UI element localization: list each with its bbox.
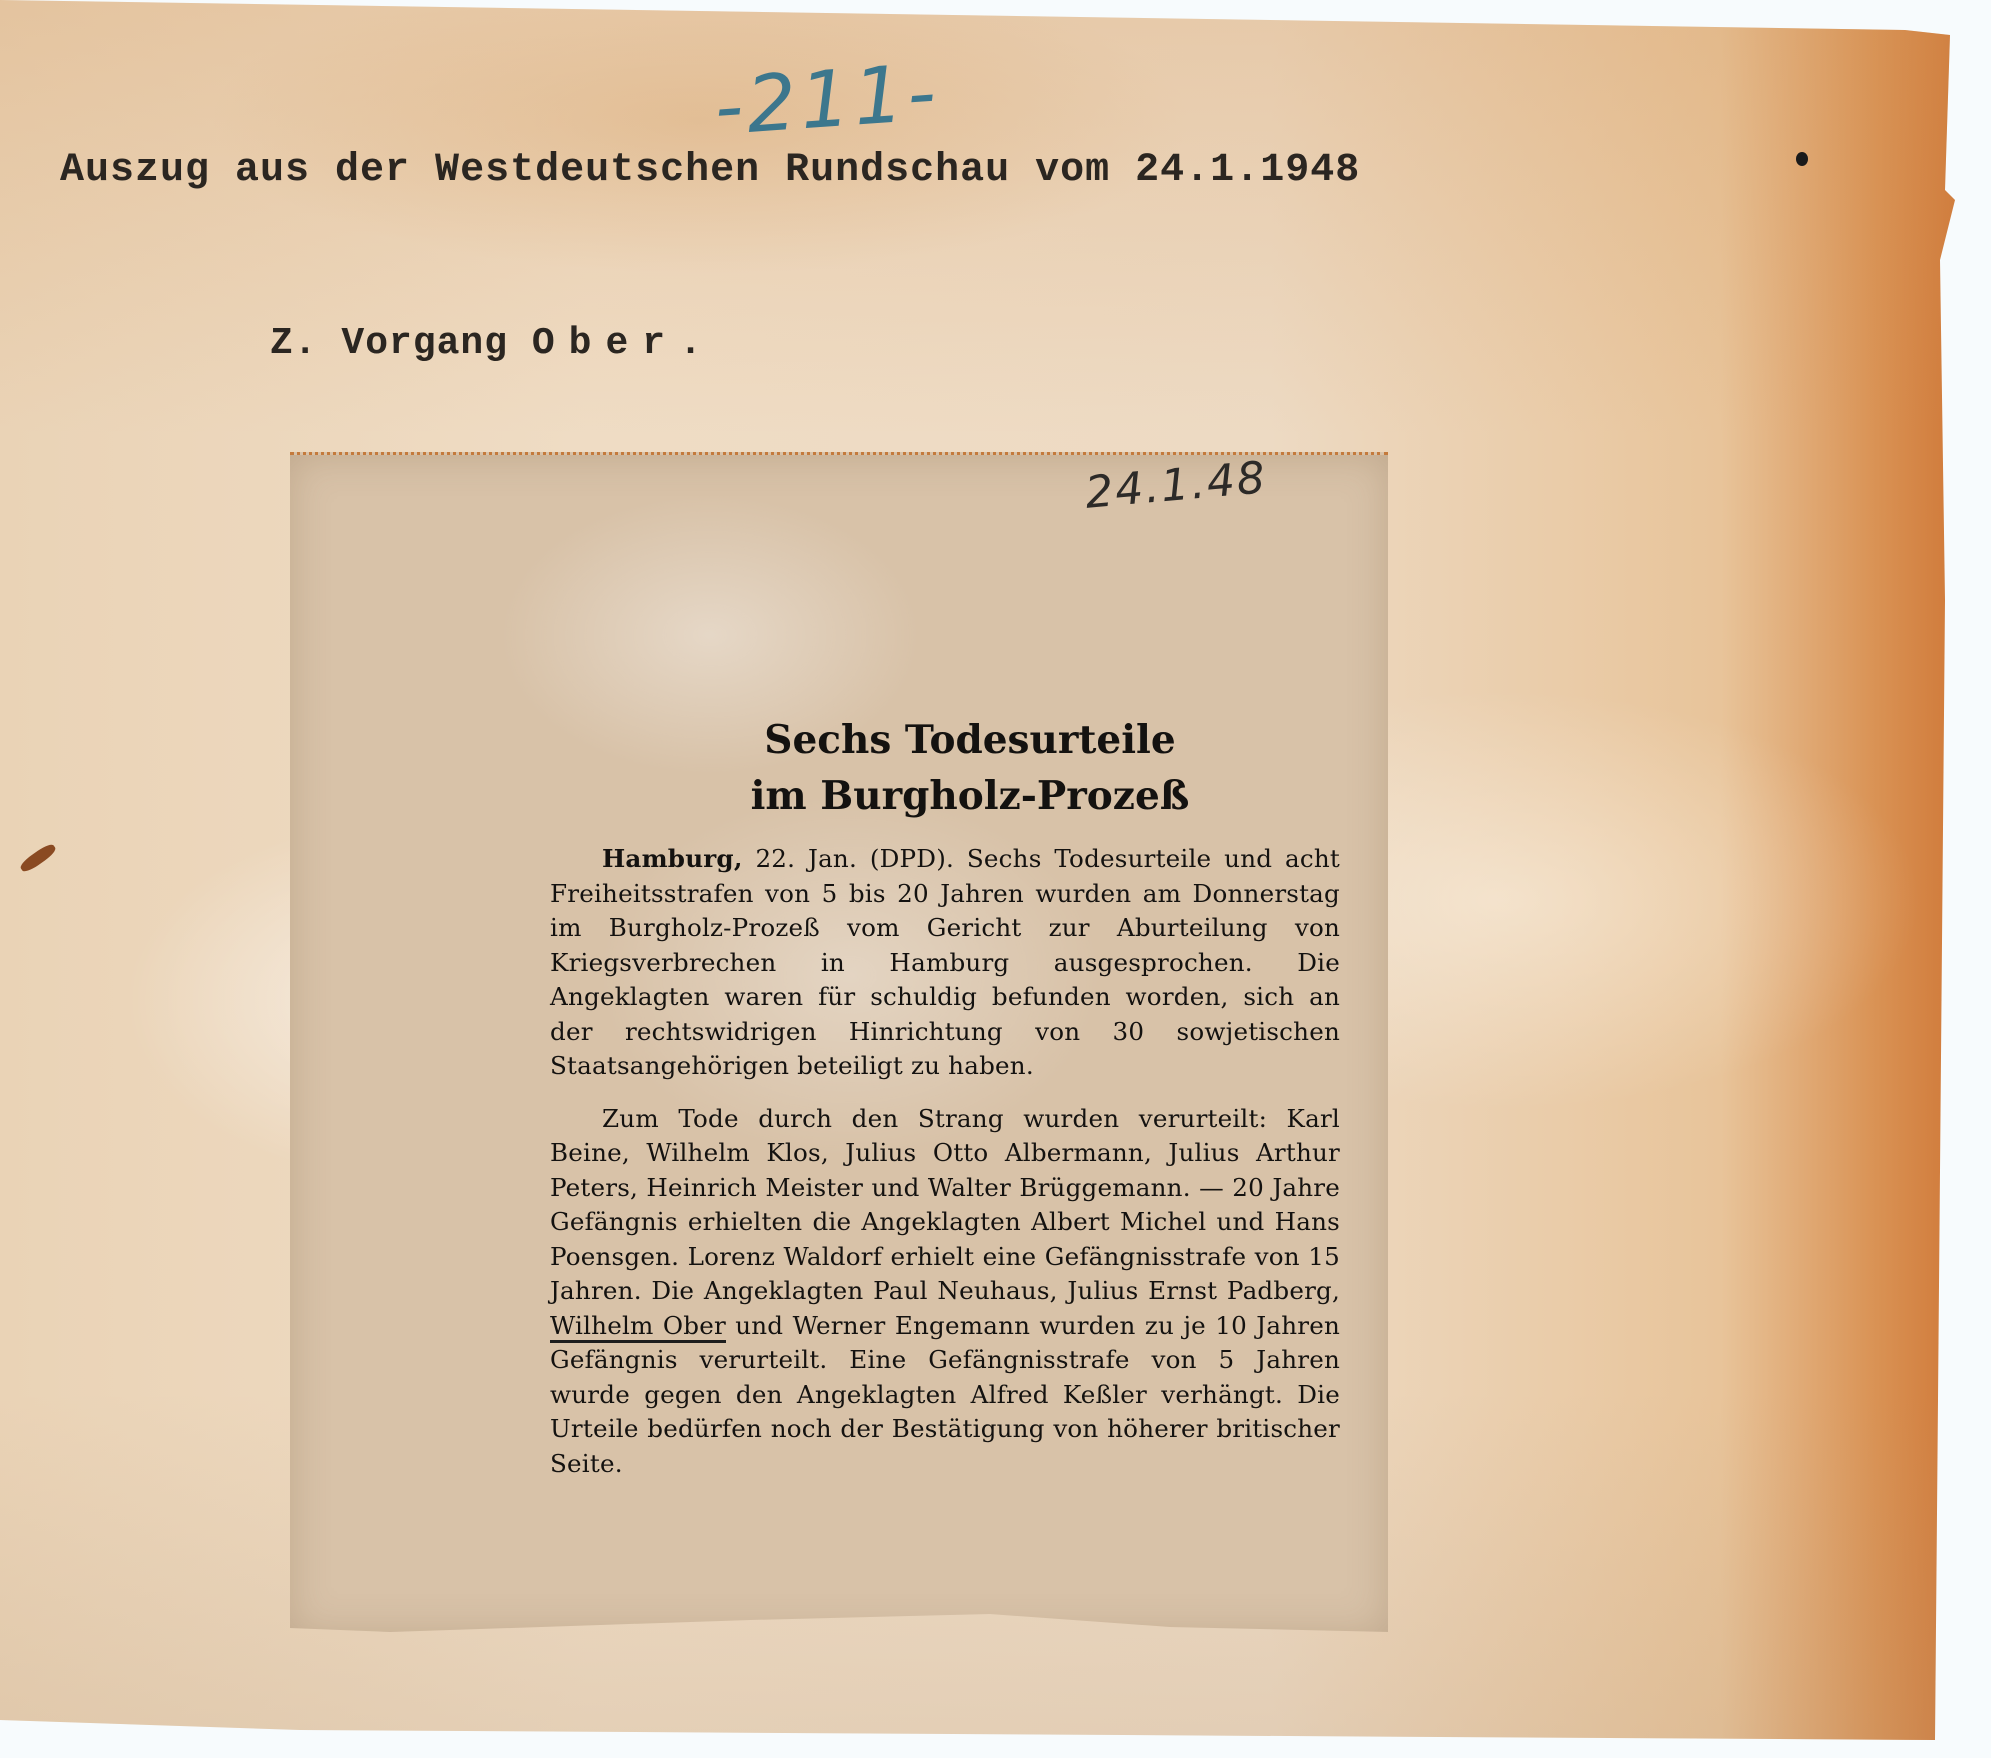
article-body: Hamburg, 22. Jan. (DPD). Sechs Todesurte… [550,842,1340,1481]
paragraph-1-text: 22. Jan. (DPD). Sechs Todesurteile und a… [550,844,1340,1080]
ink-dot [1796,152,1808,166]
article-dateline: Hamburg, [602,844,743,873]
reference-suffix: . [679,322,703,365]
reference-name: Ober [532,322,679,365]
reference-prefix: Z. Vorgang [270,322,508,365]
headline-line-2: im Burgholz-Prozeß [610,768,1330,824]
typed-header-line: Auszug aus der Westdeutschen Rundschau v… [60,148,1360,193]
article-paragraph-1: Hamburg, 22. Jan. (DPD). Sechs Todesurte… [550,842,1340,1084]
typed-reference-line: Z. Vorgang Ober. [270,322,703,365]
article-headline: Sechs Todesurteile im Burgholz-Prozeß [610,712,1330,824]
underlined-name: Wilhelm Ober [550,1311,726,1343]
newspaper-article: Sechs Todesurteile im Burgholz-Prozeß Ha… [550,712,1340,1481]
headline-line-1: Sechs Todesurteile [610,712,1330,768]
paragraph-2-text-a: Zum Tode durch den Strang wurden verurte… [550,1104,1340,1306]
article-paragraph-2: Zum Tode durch den Strang wurden verurte… [550,1102,1340,1482]
